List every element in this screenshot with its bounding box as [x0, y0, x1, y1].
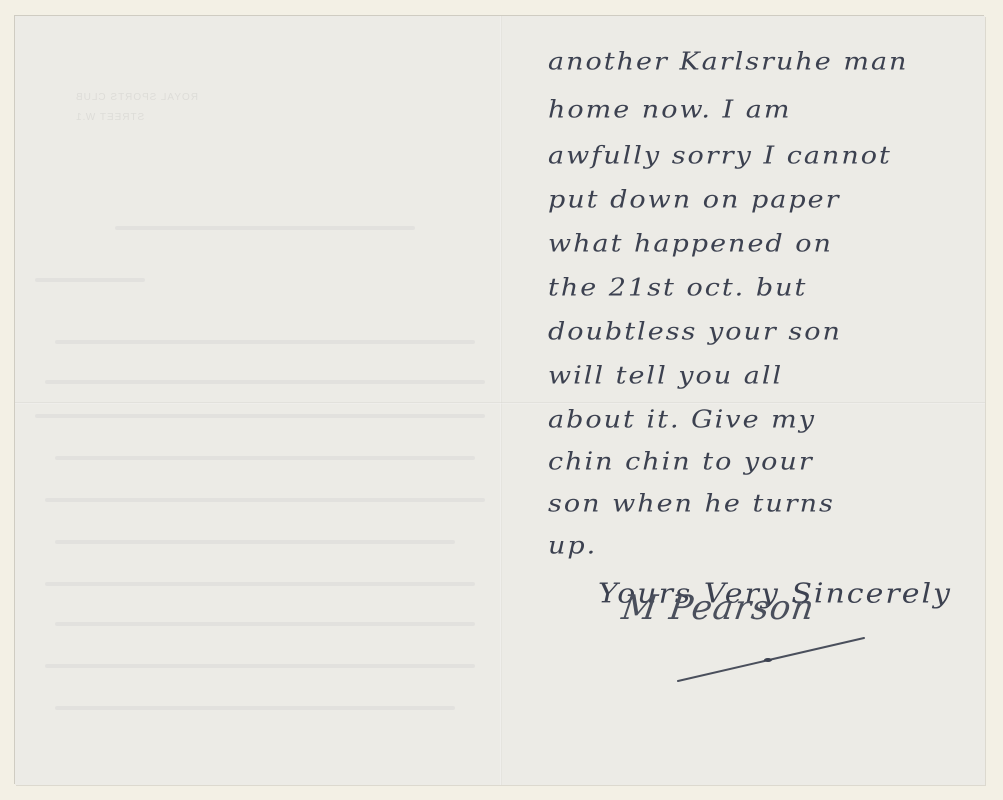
letter-line: another Karlsruhe man [548, 48, 908, 76]
ghost-handwriting [55, 540, 455, 544]
letter-line: put down on paper [548, 186, 841, 214]
ghost-handwriting [35, 414, 485, 418]
letter-line: about it. Give my [548, 406, 816, 434]
letter-line: home now. I am [548, 96, 791, 124]
letter-line: will tell you all [548, 362, 783, 390]
ghost-handwriting [45, 498, 485, 502]
letter-line: what happened on [548, 230, 833, 258]
letter-line: chin chin to your [548, 448, 814, 476]
letter-line: son when he turns [548, 490, 835, 518]
ghost-handwriting [35, 278, 145, 282]
letter-line: the 21st oct. but [548, 274, 807, 302]
signature: M Pearson [619, 588, 817, 628]
letter-line: doubtless your son [548, 318, 842, 346]
ghost-handwriting [45, 380, 485, 384]
ghost-handwriting [55, 706, 455, 710]
letter-line: awfully sorry I cannot [548, 142, 892, 170]
ghost-handwriting [55, 622, 475, 626]
horizontal-fold-line [15, 402, 985, 404]
ghost-handwriting [115, 226, 415, 230]
ghost-handwriting [55, 456, 475, 460]
vertical-fold-line [500, 16, 502, 785]
ghost-handwriting [55, 340, 475, 344]
ghost-handwriting [45, 664, 475, 668]
letter-line: up. [548, 532, 597, 560]
ghost-handwriting [45, 582, 475, 586]
signature-flourish [676, 635, 866, 683]
ghost-letterhead-line-1: ROYAL SPORTS CLUB [75, 92, 198, 103]
ghost-letterhead-line-2: STREET W.1 [75, 112, 144, 123]
